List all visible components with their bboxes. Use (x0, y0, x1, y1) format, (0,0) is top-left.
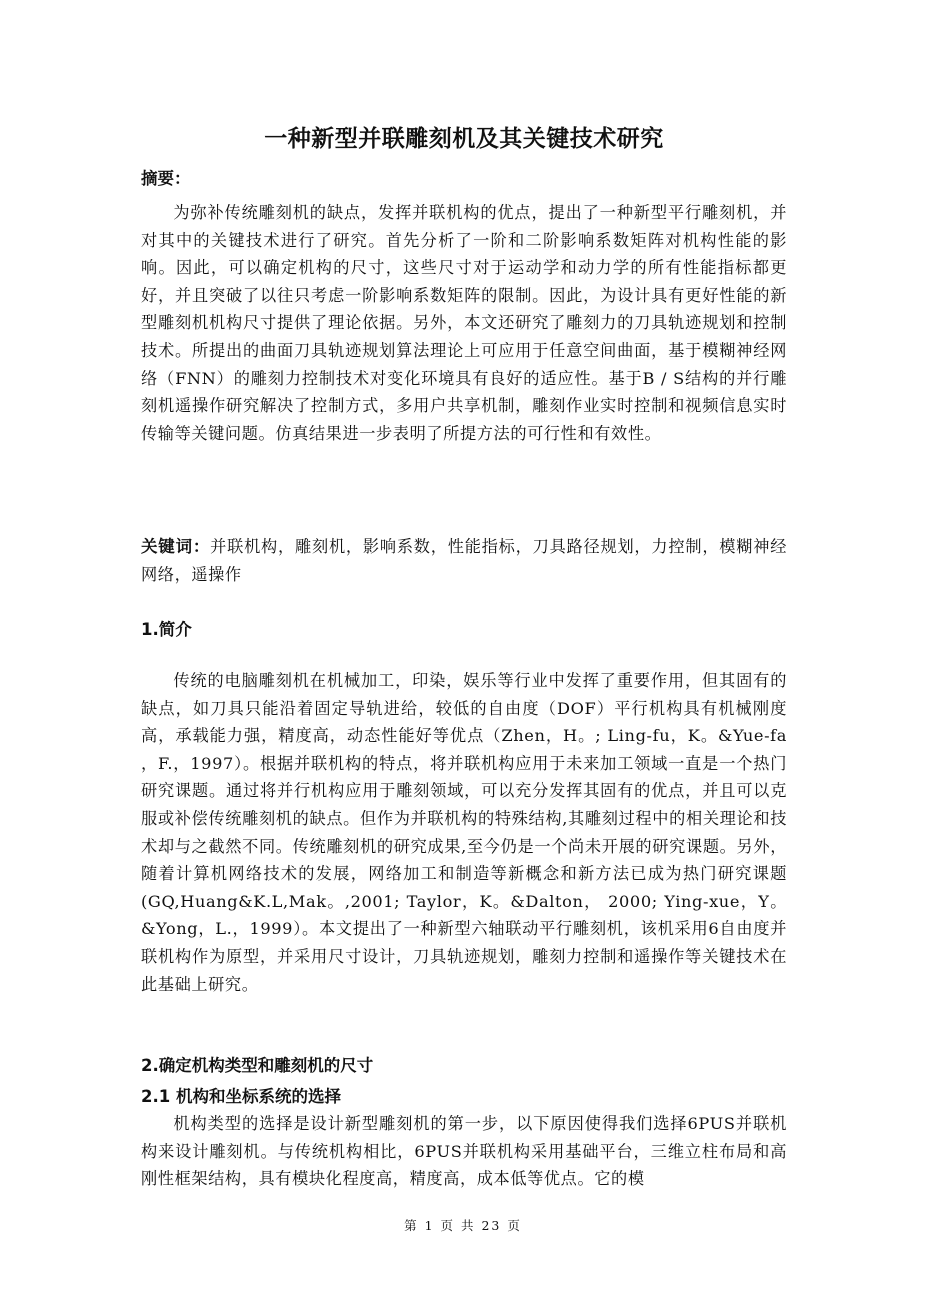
abstract-label: 摘要： (141, 165, 191, 189)
document-title: 一种新型并联雕刻机及其关键技术研究 (141, 120, 787, 153)
keywords-label: 关键词： (141, 537, 210, 556)
page-footer: 第 1 页 共 23 页 (0, 1216, 926, 1234)
intro-paragraph: 传统的电脑雕刻机在机械加工，印染，娱乐等行业中发挥了重要作用，但其固有的缺点，如… (141, 667, 787, 998)
coordinate-paragraph: 机构类型的选择是设计新型雕刻机的第一步，以下原因使得我们选择6PUS并联机构来设… (141, 1110, 787, 1193)
section-heading-intro: 1.简介 (141, 616, 192, 640)
section-heading-mechanism: 2.确定机构类型和雕刻机的尺寸 (141, 1052, 373, 1076)
abstract-text: 为弥补传统雕刻机的缺点，发挥并联机构的优点，提出了一种新型平行雕刻机，并对其中的… (141, 199, 787, 447)
keywords-text: 并联机构，雕刻机，影响系数，性能指标，刀具路径规划，力控制，模糊神经网络，遥操作 (141, 537, 787, 584)
keywords-block: 关键词：并联机构，雕刻机，影响系数，性能指标，刀具路径规划，力控制，模糊神经网络… (141, 533, 787, 588)
subsection-heading-coordinate: 2.1 机构和坐标系统的选择 (141, 1083, 341, 1107)
